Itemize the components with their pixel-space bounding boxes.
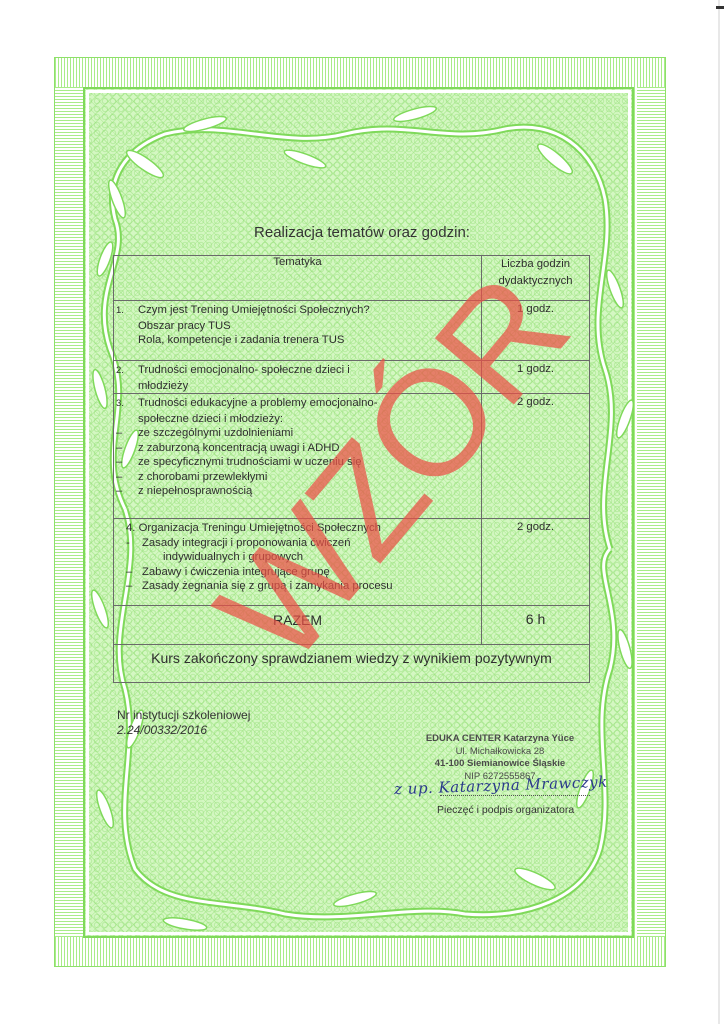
header-topic: Tematyka — [114, 256, 482, 301]
topic-cell: 1.Czym jest Trening Umiejętności Społecz… — [114, 301, 482, 361]
total-label: RAZEM — [114, 606, 482, 645]
topic-line: Trudności edukacyjne a problemy emocjona… — [138, 397, 377, 409]
institution-number: 2.24/00332/2016 — [117, 723, 207, 737]
header-hours: Liczba godzin dydaktycznych — [482, 256, 590, 301]
dash-icon: – — [116, 484, 138, 499]
bullet-item: z zaburzoną koncentracją uwagi i ADHD — [138, 442, 340, 454]
topic-line: społeczne dzieci i młodzieży: — [138, 412, 481, 427]
total-row: RAZEM 6 h — [114, 606, 590, 645]
hours-cell: 2 godz. — [482, 519, 590, 606]
topic-number: 4. — [126, 522, 135, 534]
page-edge — [718, 0, 720, 1024]
topic-cell: 4. Organizacja Treningu Umiejętności Spo… — [114, 519, 482, 606]
table-row: 3.Trudności edukacyjne a problemy emocjo… — [114, 394, 590, 519]
topic-line: Organizacja Treningu Umiejętności Społec… — [139, 522, 381, 534]
topic-line: Obszar pracy TUS — [138, 319, 481, 334]
table-row: 1.Czym jest Trening Umiejętności Społecz… — [114, 301, 590, 361]
bullet-item: Zabawy i ćwiczenia integrujące grupę — [142, 566, 330, 578]
stamp-name-bold: EDUKA — [426, 733, 459, 744]
frame-side-right — [637, 87, 665, 937]
document-title: Realizacja tematów oraz godzin: — [0, 224, 724, 241]
bullet-item: z niepełnosprawnością — [138, 485, 252, 497]
dash-icon: – — [116, 470, 138, 485]
bullet-item: ze szczególnymi uzdolnieniami — [138, 427, 293, 439]
stamp-name-rest: CENTER Katarzyna Yüce — [459, 733, 574, 744]
table-row: 2.Trudności emocjonalno- społeczne dziec… — [114, 361, 590, 394]
table-header-row: Tematyka Liczba godzin dydaktycznych — [114, 256, 590, 301]
final-note: Kurs zakończony sprawdzianem wiedzy z wy… — [114, 645, 590, 683]
table-row: 4. Organizacja Treningu Umiejętności Spo… — [114, 519, 590, 606]
bullet-item: ze specyficznymi trudnościami w uczeniu … — [138, 456, 362, 468]
bullet-item: Zasady integracji i proponowania ćwiczeń — [142, 537, 350, 549]
topic-cell: 2.Trudności emocjonalno- społeczne dziec… — [114, 361, 482, 394]
institution-label: Nr instytucji szkoleniowej — [117, 708, 250, 722]
topics-table: Tematyka Liczba godzin dydaktycznych 1.C… — [113, 255, 590, 683]
bullet-item: z chorobami przewlekłymi — [138, 471, 267, 483]
hours-cell: 2 godz. — [482, 394, 590, 519]
dash-icon: - — [126, 536, 142, 551]
topic-cell: 3.Trudności edukacyjne a problemy emocjo… — [114, 394, 482, 519]
bullet-item: Zasady żegnania się z grupą i zamykania … — [142, 580, 393, 592]
topic-line: Czym jest Trening Umiejętności Społeczny… — [138, 304, 370, 316]
dash-icon: – — [126, 579, 142, 594]
dash-icon: – — [116, 455, 138, 470]
final-note-row: Kurs zakończony sprawdzianem wiedzy z wy… — [114, 645, 590, 683]
topic-line: młodzieży — [138, 379, 481, 394]
dash-icon: – — [116, 426, 138, 441]
bullet-item: indywidualnych i grupowych — [126, 550, 481, 565]
stamp-name: EDUKA CENTER Katarzyna Yüce — [400, 733, 600, 746]
topic-line: Trudności emocjonalno- społeczne dzieci … — [138, 364, 350, 376]
total-hours: 6 h — [482, 606, 590, 645]
stamp-city: 41-100 Siemianowice Śląskie — [400, 758, 600, 771]
topic-line: Rola, kompetencje i zadania trenera TUS — [138, 333, 481, 348]
scan-mark — [716, 6, 724, 9]
stamp-street: Ul. Michałkowicka 28 — [400, 746, 600, 759]
hours-cell: 1 godz. — [482, 361, 590, 394]
topic-number: 1. — [116, 304, 138, 319]
topic-number: 3. — [116, 397, 138, 412]
dash-icon: – — [126, 565, 142, 580]
topic-number: 2. — [116, 364, 138, 379]
hours-cell: 1 godz. — [482, 301, 590, 361]
dash-icon: – — [116, 441, 138, 456]
signature-caption: Pieczęć i podpis organizatora — [437, 804, 574, 816]
frame-side-left — [55, 87, 83, 937]
